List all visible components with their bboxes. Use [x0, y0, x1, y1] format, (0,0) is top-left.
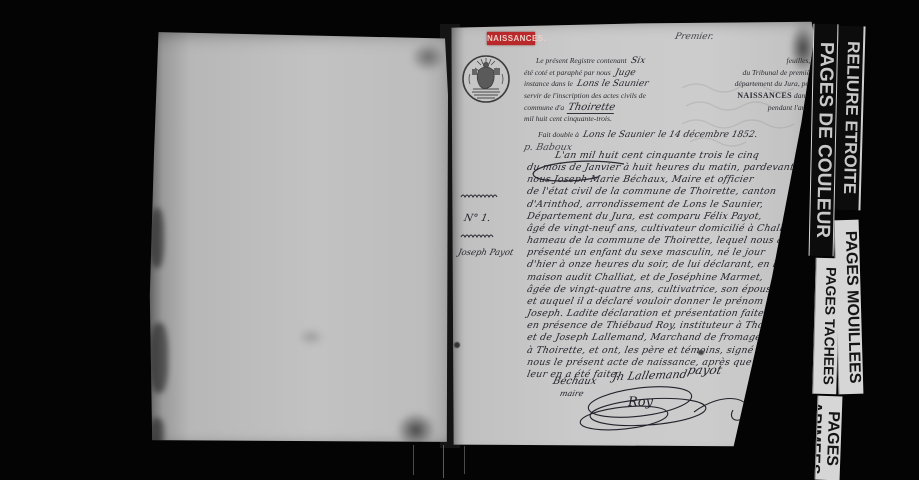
- act-number: N° 1.: [463, 213, 492, 224]
- page-stain: [768, 412, 798, 448]
- act-line: maison audit Challiat, et de Joséphine M…: [526, 272, 804, 284]
- act-line: en présence de Thiébaud Roy, instituteur…: [526, 320, 804, 332]
- form-line: Le présent Registre contenant Six feuill…: [524, 56, 816, 68]
- microfilm-frame: NAISSANCES. Premier. Le p: [0, 0, 919, 480]
- page-stain: [298, 328, 324, 346]
- commune-name-entry: Thoirette: [567, 102, 617, 114]
- premier-annotation: Premier.: [674, 32, 715, 42]
- act-line: nous Joseph Marie Béchaux, Maire et offi…: [526, 174, 804, 186]
- act-line: à Thoirette, et ont, les père et témoins…: [526, 345, 804, 357]
- form-print-text: servir de l'inscription des actes civils…: [524, 91, 646, 100]
- act-line: Joseph. Ladite déclaration et présentati…: [526, 308, 804, 320]
- signature-roy: Roy: [627, 395, 654, 410]
- act-line: d'hier à onze heures du soir, de lui déc…: [526, 259, 804, 271]
- ink-dot: [454, 342, 460, 348]
- form-print-text: commune d'a: [524, 103, 564, 112]
- form-handwritten-entry: Juge: [614, 68, 637, 78]
- form-print-text: Le présent Registre contenant: [536, 56, 627, 65]
- form-handwritten-entry: Lons le Saunier: [576, 79, 650, 89]
- signature-payot: payot: [686, 363, 723, 377]
- act-line: et auquel il a déclaré vouloir donner le…: [526, 296, 804, 308]
- timbre-imperial-seal-icon: [461, 54, 511, 104]
- margin-child-name: Joseph Payot: [457, 248, 514, 258]
- bleedthrough-marks: [680, 80, 810, 150]
- birth-act-text: L'an mil huit cent cinquante trois le ci…: [527, 150, 803, 381]
- form-handwritten-entry: Six: [630, 56, 646, 66]
- act-line: et de Joseph Lallemand, Marchand de from…: [526, 332, 804, 344]
- act-line: nous le présent acte de naissance, après…: [526, 357, 804, 369]
- act-line: L'an mil huit cent cinquante trois le ci…: [526, 150, 804, 162]
- form-print-text: instance dans le: [524, 79, 573, 88]
- binding-stain: [150, 208, 164, 268]
- page-stack-edge: [443, 445, 444, 478]
- edge-label-pages-de-couleur: PAGES DE COULEUR: [809, 24, 839, 256]
- binding-stain: [150, 323, 168, 393]
- form-print-text: mil huit cent cinquante-trois.: [524, 114, 612, 123]
- act-line: du mois de Janvier à huit heures du mati…: [526, 162, 804, 174]
- page-stack-edge: [464, 446, 465, 474]
- margin-squiggle: [460, 232, 500, 240]
- form-print-text: du Tribunal de première: [743, 68, 816, 77]
- act-line: d'Arinthod, arrondissement de Lons le Sa…: [526, 199, 804, 211]
- edge-label-pages-tachees: PAGES TACHEES: [812, 258, 840, 395]
- act-line: de l'état civil de la commune de Thoiret…: [526, 186, 804, 198]
- binding-stain: [150, 418, 164, 446]
- form-print-text: feuilles, a: [786, 56, 816, 65]
- form-print-text: Fait double à: [538, 130, 579, 139]
- edge-label-pages-abimees: PAGES ABIMEES: [815, 396, 843, 480]
- signature-roy-flourish: Roy: [562, 378, 772, 440]
- page-stain: [396, 412, 436, 446]
- act-line: présenté un enfant du sexe masculin, né …: [526, 247, 804, 259]
- act-line: âgé de vingt-neuf ans, cultivateur domic…: [526, 223, 804, 235]
- page-stack-edge: [413, 445, 414, 475]
- left-page-blank: [148, 28, 448, 446]
- act-line: âgée de vingt-quatre ans, cultivatrice, …: [526, 284, 804, 296]
- right-page-birth-act: NAISSANCES. Premier. Le p: [450, 20, 816, 448]
- act-line: hameau de la commune de Thoirette, leque…: [526, 235, 804, 247]
- form-print-text: été coté et paraphé par nous: [524, 68, 611, 77]
- place-entry: Lons le Saunier: [582, 130, 656, 140]
- margin-squiggle: [460, 192, 502, 200]
- naissances-red-stamp: NAISSANCES.: [487, 32, 535, 45]
- form-line: été coté et paraphé par nous Juge du Tri…: [524, 68, 816, 80]
- page-stain: [410, 42, 446, 72]
- act-line: Département du Jura, est comparu Félix P…: [526, 211, 804, 223]
